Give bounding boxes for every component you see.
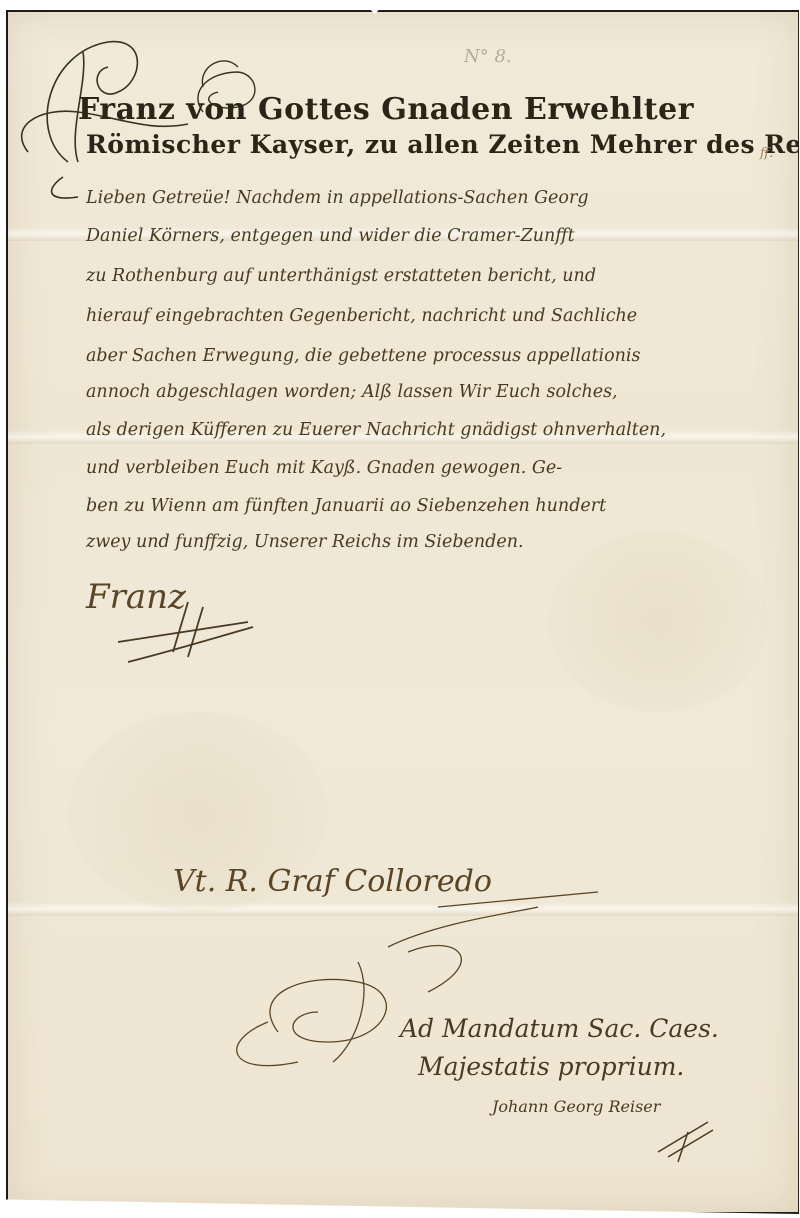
mandate-line-1: Ad Mandatum Sac. Caes. <box>400 1014 719 1043</box>
body-line: annoch abgeschlagen worden; Alß lassen W… <box>86 382 618 402</box>
body-line: aber Sachen Erwegung, die gebettene proc… <box>86 346 640 366</box>
secretary-signature: Johann Georg Reiser <box>492 1097 660 1116</box>
body-line: ben zu Wienn am fünften Januarii ao Sieb… <box>86 496 606 516</box>
body-line: Lieben Getreüe! Nachdem in appellations-… <box>86 188 589 208</box>
mandate-line-2: Majestatis proprium. <box>418 1052 684 1081</box>
body-line: Daniel Körners, entgegen und wider die C… <box>86 226 575 246</box>
paper-stain <box>548 532 768 712</box>
body-line: hierauf eingebrachten Gegenbericht, nach… <box>86 306 637 326</box>
heading-line-2: Römischer Kayser, zu allen Zeiten Mehrer… <box>86 130 800 159</box>
body-line: zu Rothenburg auf unterthänigst erstatte… <box>86 266 596 286</box>
heading-suffix: ff. <box>760 146 773 161</box>
body-line: und verbleiben Euch mit Kayß. Gnaden gew… <box>86 458 562 478</box>
body-line: als derigen Küfferen zu Euerer Nachricht… <box>86 420 666 440</box>
manuscript-page: N° 8. Franz von Gottes Gnaden Erwehlter … <box>6 10 799 1214</box>
heading-line-1: Franz von Gottes Gnaden Erwehlter <box>78 92 694 127</box>
body-line: zwey und funffzig, Unserer Reichs im Sie… <box>86 532 524 552</box>
